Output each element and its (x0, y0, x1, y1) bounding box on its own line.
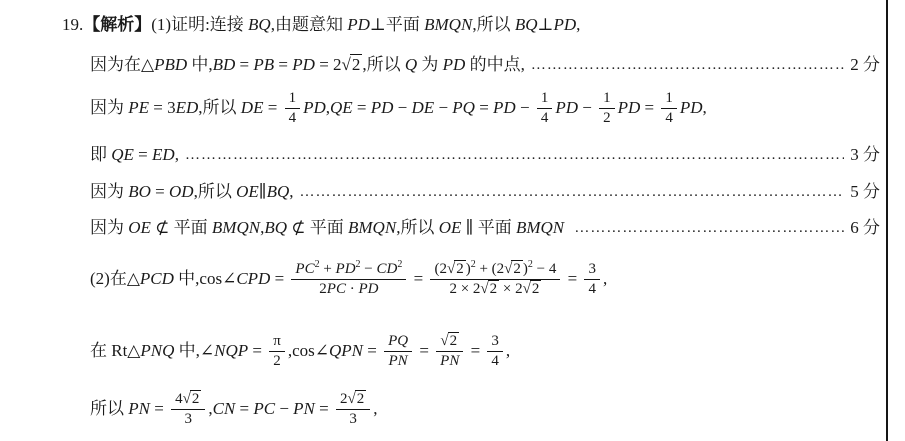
text-run: = (353, 95, 371, 121)
math-variable: QE (111, 142, 134, 168)
text-run: − 4 (533, 261, 556, 277)
text-run: 1 (541, 90, 549, 106)
text-run: − (578, 95, 596, 121)
math-variable: PD (618, 95, 641, 121)
math-variable: PD (553, 12, 576, 38)
solution-line-4: 即 QE = ED,………………………………………………………………………………… (62, 142, 880, 168)
text-run: 为 (417, 52, 443, 78)
fraction: 14 (537, 89, 553, 128)
math-variable: OD (169, 179, 194, 205)
text-run: 2 (357, 391, 365, 407)
fraction-numerator: 1 (285, 89, 301, 109)
text-run: 2 × 2 (449, 281, 480, 297)
fraction: PQPN (384, 332, 412, 371)
score-label: 5 分 (850, 179, 880, 205)
math-variable: QPN (329, 338, 363, 364)
sqrt-expression: √2 (342, 52, 363, 78)
math-variable: PD (443, 52, 466, 78)
math-variable: PN (128, 396, 150, 422)
fraction-denominator: 2 (269, 352, 285, 371)
sqrt-expression: √2 (523, 281, 542, 297)
text-run: , (576, 12, 580, 38)
fraction-denominator: PN (384, 352, 412, 371)
math-variable: DE (241, 95, 264, 121)
radicand: 2 (511, 260, 523, 277)
text-run: = 3 (149, 95, 176, 121)
fraction: 2√23 (336, 390, 370, 429)
math-variable: BQ (264, 215, 287, 241)
text-run: = (235, 52, 253, 78)
text-run: 即 (90, 142, 111, 168)
fraction: 14 (661, 89, 677, 128)
fraction-numerator: π (269, 332, 285, 352)
text-run: 中,cos∠ (174, 266, 236, 292)
fraction-numerator: 3 (487, 332, 503, 352)
text-run: 中,∠ (174, 338, 214, 364)
math-variable: PD (680, 95, 703, 121)
fraction-denominator: 4 (285, 109, 301, 128)
text-run: = (363, 338, 381, 364)
text-run: 2 (352, 55, 361, 74)
text-run: , (506, 338, 510, 364)
text-run: = (270, 266, 288, 292)
text-run: 4 (588, 281, 596, 297)
fraction-numerator: PC2 + PD2 − CD2 (291, 260, 406, 280)
math-variable: PD (358, 281, 378, 297)
text-run: ,所以 (472, 12, 515, 38)
math-variable: PD (303, 95, 326, 121)
text-run: = 2 (315, 52, 342, 78)
text-run: 1 (665, 90, 673, 106)
math-variable: Q (405, 52, 417, 78)
fraction-denominator: 4 (584, 280, 600, 299)
text-run: 2 (319, 281, 327, 297)
sqrt-expression: √2 (348, 391, 367, 407)
text-run: = (466, 338, 484, 364)
text-run: , (175, 142, 179, 168)
fraction-numerator: 1 (537, 89, 553, 109)
math-variable: QE (330, 95, 353, 121)
text-run: 中, (187, 52, 213, 78)
math-variable: BMQN (212, 215, 260, 241)
page-right-border (886, 0, 888, 441)
score-label: 2 分 (850, 52, 880, 78)
fraction-numerator: 3 (584, 260, 600, 280)
math-variable: PD (347, 12, 370, 38)
solution-text-block: 19.【解析】(1)证明:连接 BQ,由题意知 PD⊥平面 BMQN,所以 BQ… (0, 0, 905, 437)
math-variable: BQ (248, 12, 271, 38)
text-run: − (434, 95, 452, 121)
text-run: + (320, 261, 336, 277)
math-variable: CN (213, 396, 236, 422)
math-variable: PQ (388, 333, 408, 349)
fraction: 12 (599, 89, 615, 128)
text-run: 2 (532, 281, 540, 297)
text-run: 2 (603, 110, 611, 126)
math-variable: BMQN (348, 215, 396, 241)
math-variable: PC (295, 261, 314, 277)
text-run: 所以 (90, 396, 128, 422)
text-run: 4 (175, 391, 183, 407)
fraction-numerator: 4√2 (171, 390, 205, 410)
fraction: 34 (487, 332, 503, 371)
solution-line-1: 19.【解析】(1)证明:连接 BQ,由题意知 PD⊥平面 BMQN,所以 BQ… (62, 12, 880, 38)
text-run: = (151, 179, 169, 205)
text-run (564, 215, 568, 241)
text-run: 在 Rt△ (90, 338, 140, 364)
math-variable: PD (292, 52, 315, 78)
radicand: 2 (488, 280, 500, 297)
text-run: 2 (192, 391, 200, 407)
section-tag: 【解析】 (83, 12, 151, 38)
sqrt-expression: √2 (447, 261, 466, 277)
score-label: 6 分 (850, 215, 880, 241)
text-run: 2 (273, 353, 281, 369)
sqrt-expression: √2 (480, 281, 499, 297)
text-run: ∥ (259, 179, 267, 205)
radicand: 2 (355, 390, 367, 407)
math-variable: BQ (515, 12, 538, 38)
text-run: 2 (450, 333, 458, 349)
solution-line-6: 因为 OE ⊄ 平面 BMQN,BQ ⊄ 平面 BMQN,所以 OE ∥ 平面 … (62, 215, 880, 241)
dot-leader: …………………………………………………………………………………………………………… (300, 179, 845, 205)
solution-line-5: 因为 BO = OD,所以 OE∥BQ,……………………………………………………… (62, 179, 880, 205)
math-variable: PD (493, 95, 516, 121)
text-run: 3 (491, 333, 499, 349)
text-run: ,由题意知 (271, 12, 348, 38)
text-run: , (373, 396, 377, 422)
fraction-numerator: 2√2 (336, 390, 370, 410)
text-run: 3 (184, 411, 192, 427)
text-run: (2)在△ (90, 266, 140, 292)
text-run: = (415, 338, 433, 364)
text-run: ,所以 (396, 215, 439, 241)
text-run: − (516, 95, 534, 121)
text-run: ⊥平面 (370, 12, 424, 38)
text-run: 3 (349, 411, 357, 427)
sqrt-expression: √2 (440, 333, 459, 349)
text-run: 4 (491, 353, 499, 369)
text-run: = (409, 266, 427, 292)
text-run: 1 (603, 90, 611, 106)
fraction-denominator: 4 (661, 109, 677, 128)
math-variable: PN (293, 396, 315, 422)
fraction: PC2 + PD2 − CD22PC · PD (291, 260, 406, 299)
text-run: ,所以 (198, 95, 241, 121)
text-run: − (361, 261, 377, 277)
math-variable: OE (128, 215, 151, 241)
fraction: √2PN (436, 332, 463, 371)
math-variable: PCD (140, 266, 174, 292)
text-run: (1)证明:连接 (151, 12, 248, 38)
fraction-denominator: 2 (599, 109, 615, 128)
math-variable: PQ (452, 95, 475, 121)
fraction: (2√2)2 + (2√2)2 − 42 × 2√2 × 2√2 (430, 260, 560, 299)
text-run: = (150, 396, 168, 422)
fraction-denominator: 4 (537, 109, 553, 128)
radicand: 2 (530, 280, 542, 297)
math-variable: PC (253, 396, 275, 422)
fraction-denominator: PN (436, 352, 463, 371)
fraction: 34 (584, 260, 600, 299)
text-run: 4 (665, 110, 673, 126)
text-run: (2 (434, 261, 447, 277)
math-variable: CD (377, 261, 398, 277)
fraction-denominator: 3 (171, 410, 205, 429)
text-run: 因为 (90, 95, 128, 121)
text-run: 4 (541, 110, 549, 126)
text-run: = (248, 338, 266, 364)
fraction-numerator: (2√2)2 + (2√2)2 − 4 (430, 260, 560, 280)
solution-line-3: 因为 PE = 3ED,所以 DE = 14PD,QE = PD − DE − … (62, 85, 880, 131)
text-run: = (263, 95, 281, 121)
text-run: + (2 (476, 261, 504, 277)
text-run: = (235, 396, 253, 422)
dot-leader: …………………………………………………………………………………………………………… (185, 142, 844, 168)
fraction-denominator: 2 × 2√2 × 2√2 (430, 280, 560, 299)
text-run: 因为在△ (90, 52, 154, 78)
text-run: ,所以 (194, 179, 237, 205)
text-run: 4 (289, 110, 297, 126)
fraction: π2 (269, 332, 285, 371)
math-variable: ED (152, 142, 175, 168)
solution-line-8: 在 Rt△PNQ 中,∠NQP = π2,cos∠QPN = PQPN = √2… (62, 323, 880, 379)
math-variable: PNQ (140, 338, 174, 364)
math-variable: OE (439, 215, 462, 241)
math-variable: CPD (236, 266, 270, 292)
text-run: π (273, 333, 281, 349)
math-variable: NQP (214, 338, 248, 364)
text-run: , (289, 179, 293, 205)
fraction-numerator: 1 (661, 89, 677, 109)
fraction-numerator: √2 (436, 332, 463, 352)
dot-leader: …………………………………………………………………………………… (574, 215, 844, 241)
text-run: 2 (340, 391, 348, 407)
math-variable: DE (412, 95, 435, 121)
text-run: ,所以 (362, 52, 405, 78)
math-variable: PN (440, 353, 459, 369)
text-run: 3 (588, 261, 596, 277)
fraction-denominator: 4 (487, 352, 503, 371)
radicand: 2 (454, 260, 466, 277)
fraction-numerator: PQ (384, 332, 412, 352)
radicand: 2 (350, 54, 363, 74)
math-variable: PB (253, 52, 274, 78)
fraction-denominator: 3 (336, 410, 370, 429)
text-run: = (475, 95, 493, 121)
text-run: 因为 (90, 179, 128, 205)
math-variable: BO (128, 179, 151, 205)
text-run: ∥ 平面 (461, 215, 516, 241)
text-run: − (275, 396, 293, 422)
sqrt-expression: √2 (504, 261, 523, 277)
text-run: = (134, 142, 152, 168)
superscript: 2 (397, 259, 402, 270)
radicand: 2 (448, 332, 460, 349)
text-run: , (603, 266, 607, 292)
math-variable: ED (176, 95, 199, 121)
text-run: 1 (289, 90, 297, 106)
text-run: = (274, 52, 292, 78)
answer-key-page: 19.【解析】(1)证明:连接 BQ,由题意知 PD⊥平面 BMQN,所以 BQ… (0, 0, 905, 441)
text-run: · (346, 281, 359, 297)
sqrt-expression: √2 (183, 391, 202, 407)
text-run: ,cos∠ (288, 338, 329, 364)
math-variable: PN (388, 353, 407, 369)
math-variable: BMQN (516, 215, 564, 241)
math-variable: PD (371, 95, 394, 121)
score-label: 3 分 (850, 142, 880, 168)
solution-line-9: 所以 PN = 4√23,CN = PC − PN = 2√23, (62, 381, 880, 437)
math-variable: PD (336, 261, 356, 277)
text-run: 因为 (90, 215, 128, 241)
text-run: , (703, 95, 707, 121)
math-variable: BD (213, 52, 236, 78)
text-run: − (393, 95, 411, 121)
text-run: 2 (456, 261, 464, 277)
math-variable: PC (327, 281, 346, 297)
fraction-numerator: 1 (599, 89, 615, 109)
math-variable: PD (555, 95, 578, 121)
radicand: 2 (190, 390, 202, 407)
text-run: 2 (490, 281, 498, 297)
text-run: 2 (513, 261, 521, 277)
math-variable: PE (128, 95, 149, 121)
text-run: ⊄ 平面 (151, 215, 212, 241)
dot-leader: …………………………………………………………………………………………………………… (531, 52, 844, 78)
text-run: 19. (62, 12, 83, 38)
text-run: = (315, 396, 333, 422)
fraction: 4√23 (171, 390, 205, 429)
fraction: 14 (285, 89, 301, 128)
math-variable: BMQN (424, 12, 472, 38)
text-run: 的中点, (465, 52, 525, 78)
solution-line-2: 因为在△PBD 中,BD = PB = PD = 2√2,所以 Q 为 PD 的… (62, 52, 880, 78)
solution-line-7: (2)在△PCD 中,cos∠CPD = PC2 + PD2 − CD22PC … (62, 251, 880, 307)
math-variable: OE (236, 179, 259, 205)
text-run: ⊄ 平面 (287, 215, 348, 241)
text-run: ⊥ (537, 12, 553, 38)
math-variable: PBD (154, 52, 187, 78)
math-variable: BQ (267, 179, 290, 205)
text-run: × 2 (499, 281, 522, 297)
text-run: = (563, 266, 581, 292)
text-run: = (640, 95, 658, 121)
fraction-denominator: 2PC · PD (291, 280, 406, 299)
